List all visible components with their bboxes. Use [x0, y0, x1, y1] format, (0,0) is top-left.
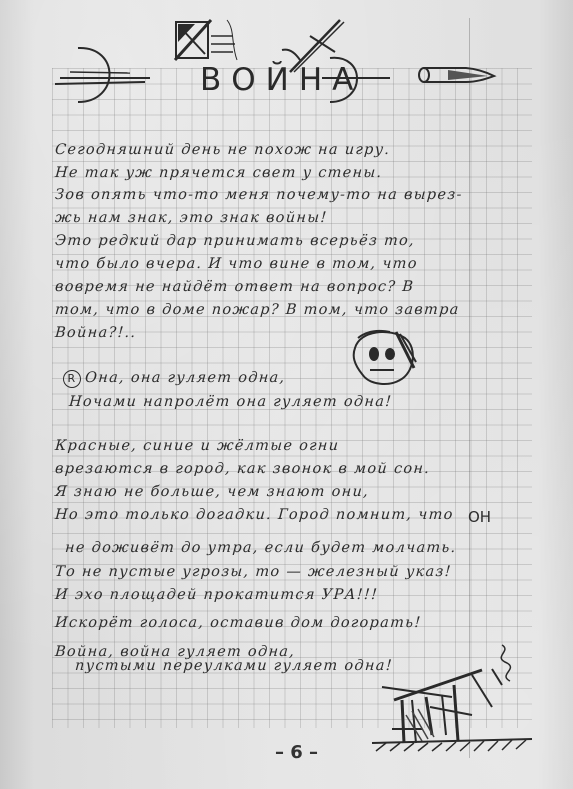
- lyric-line: Искорёт голоса, оставив дом догорать!: [54, 615, 422, 631]
- lyric-line: Сегодняшний день не похож на игру.: [54, 142, 390, 158]
- refrain-line: Ночами напролёт она гуляет одна!: [68, 394, 392, 410]
- notebook-page: ВОЙНА Сегодняшний день не похож на игру.…: [0, 0, 573, 789]
- lyric-line: врезаются в город, как звонок в мой сон.: [54, 461, 430, 477]
- lyric-line: Но это только догадки. Город помнит, что: [54, 507, 454, 523]
- skull-sketch-icon: [350, 328, 420, 388]
- lyric-line: Это редкий дар принимать всерьёз то,: [54, 233, 415, 249]
- lyric-line: Я знаю не больше, чем знают они,: [54, 484, 369, 500]
- refrain-line: RОна, она гуляет одна,: [62, 370, 286, 388]
- lyric-line: не доживёт до утра, если будет молчать.: [64, 540, 457, 556]
- refrain-marker: R: [63, 370, 81, 388]
- lyric-line: То не пустые угрозы, то — железный указ!: [54, 564, 452, 580]
- lyric-line: том, что в доме пожар? В том, что завтра: [54, 302, 460, 318]
- lyric-line: Война?!..: [54, 325, 137, 341]
- bullet-icon: [418, 66, 498, 86]
- title-area: ВОЙНА: [50, 40, 490, 110]
- speed-lines-e-right-icon: [320, 50, 400, 110]
- lyric-line: И эхо площадей прокатится УРА!!!: [54, 587, 378, 603]
- lyric-line: жь нам знак, это знак войны!: [54, 210, 328, 226]
- lyric-line: вовремя не найдёт ответ на вопрос? В: [54, 279, 414, 295]
- lyric-line: Не так уж прячется свет у стены.: [54, 165, 383, 181]
- lyric-line: Красные, синие и жёлтые огни: [54, 438, 339, 454]
- margin-note: ОН: [468, 508, 491, 526]
- refrain-text: Она, она гуляет одна,: [85, 370, 286, 386]
- speed-lines-e-icon: [50, 40, 190, 110]
- page-number: – 6 –: [275, 742, 318, 763]
- ruined-house-sketch-icon: [342, 645, 542, 745]
- lyric-line: что было вчера. И что вине в том, что: [54, 256, 418, 272]
- lyric-line: Зов опять что-то меня почему-то на вырез…: [54, 187, 463, 203]
